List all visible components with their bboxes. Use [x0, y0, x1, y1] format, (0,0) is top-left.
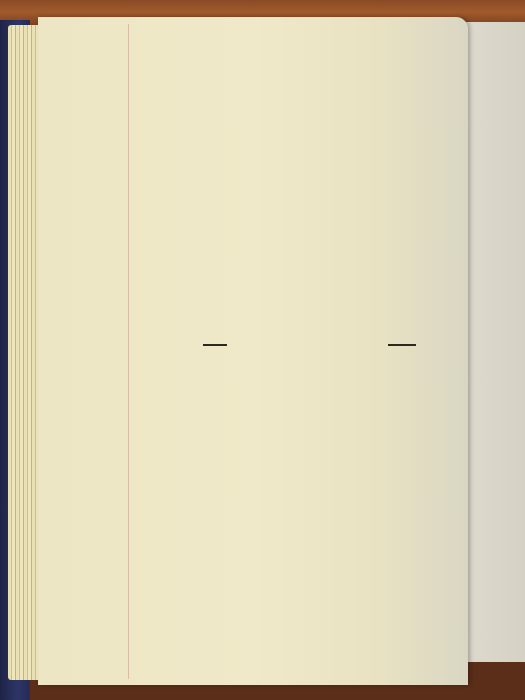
title-rule-right: [388, 344, 416, 346]
title-rule-left: [203, 344, 227, 346]
margin-rule: [128, 24, 129, 679]
ledger-page: [38, 17, 468, 685]
